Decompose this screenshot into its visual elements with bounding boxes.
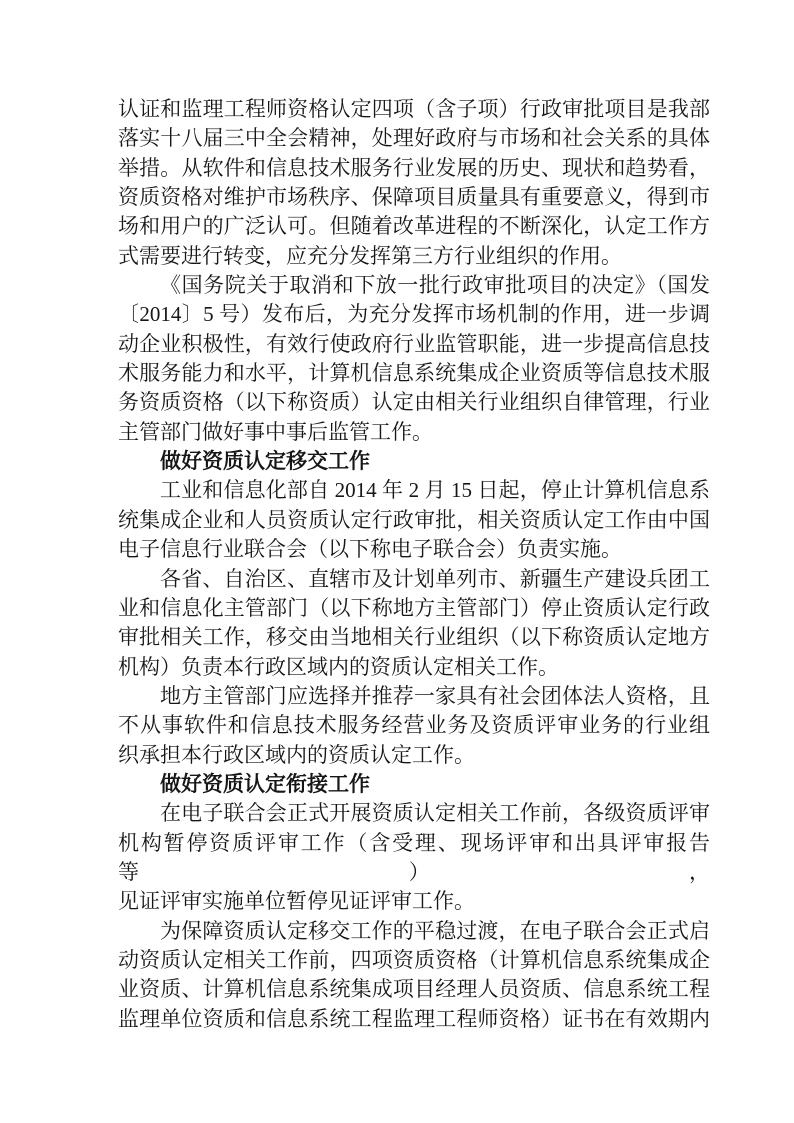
text-line: 统集成企业和人员资质认定行政审批，相关资质认定工作由中国 [118, 506, 710, 535]
text-line: 动企业积极性，有效行使政府行业监管职能，进一步提高信息技 [118, 330, 710, 359]
text-line: 业和信息化主管部门（以下称地方主管部门）停止资质认定行政 [118, 594, 710, 623]
text-line: 《国务院关于取消和下放一批行政审批项目的决定》（国发 [118, 271, 710, 300]
text-line: 场和用户的广泛认可。但随着改革进程的不断深化，认定工作方 [118, 212, 710, 241]
text-line: 落实十八届三中全会精神，处理好政府与市场和社会关系的具体 [118, 124, 710, 153]
text-line: 在电子联合会正式开展资质认定相关工作前，各级资质评审 [118, 799, 710, 828]
text-line: 动资质认定相关工作前，四项资质资格（计算机信息系统集成企 [118, 946, 710, 975]
section-heading: 做好资质认定移交工作 [118, 447, 710, 476]
text-line: 机构）负责本行政区域内的资质认定相关工作。 [118, 653, 710, 682]
text-line: 式需要进行转变，应充分发挥第三方行业组织的作用。 [118, 242, 710, 271]
text-line: 见证评审实施单位暂停见证评审工作。 [118, 887, 710, 916]
text-line: 主管部门做好事中事后监管工作。 [118, 418, 710, 447]
text-line: 为保障资质认定移交工作的平稳过渡，在电子联合会正式启 [118, 917, 710, 946]
text-line: 业资质、计算机信息系统集成项目经理人员资质、信息系统工程 [118, 975, 710, 1004]
text-line: 〔2014〕5 号）发布后，为充分发挥市场机制的作用，进一步调 [118, 300, 710, 329]
text-line: 地方主管部门应选择并推荐一家具有社会团体法人资格，且 [118, 682, 710, 711]
text-line: 工业和信息化部自 2014 年 2 月 15 日起，停止计算机信息系 [118, 476, 710, 505]
text-line: 认证和监理工程师资格认定四项（含子项）行政审批项目是我部 [118, 95, 710, 124]
text-line: 术服务能力和水平，计算机信息系统集成企业资质等信息技术服 [118, 359, 710, 388]
text-line: 审批相关工作，移交由当地相关行业组织（以下称资质认定地方 [118, 623, 710, 652]
document-text-block: 认证和监理工程师资格认定四项（含子项）行政审批项目是我部落实十八届三中全会精神，… [118, 95, 710, 1034]
text-line: 机构暂停资质评审工作（含受理、现场评审和出具评审报告等）， [118, 829, 710, 888]
section-heading: 做好资质认定衔接工作 [118, 770, 710, 799]
text-line: 各省、自治区、直辖市及计划单列市、新疆生产建设兵团工 [118, 565, 710, 594]
text-line: 举措。从软件和信息技术服务行业发展的历史、现状和趋势看， [118, 154, 710, 183]
text-line: 电子信息行业联合会（以下称电子联合会）负责实施。 [118, 535, 710, 564]
text-line: 资质资格对维护市场秩序、保障项目质量具有重要意义，得到市 [118, 183, 710, 212]
text-line: 织承担本行政区域内的资质认定工作。 [118, 741, 710, 770]
document-page: 认证和监理工程师资格认定四项（含子项）行政审批项目是我部落实十八届三中全会精神，… [0, 0, 794, 1123]
text-line: 不从事软件和信息技术服务经营业务及资质评审业务的行业组 [118, 711, 710, 740]
text-line: 务资质资格（以下称资质）认定由相关行业组织自律管理，行业 [118, 388, 710, 417]
text-line: 监理单位资质和信息系统工程监理工程师资格）证书在有效期内 [118, 1005, 710, 1034]
